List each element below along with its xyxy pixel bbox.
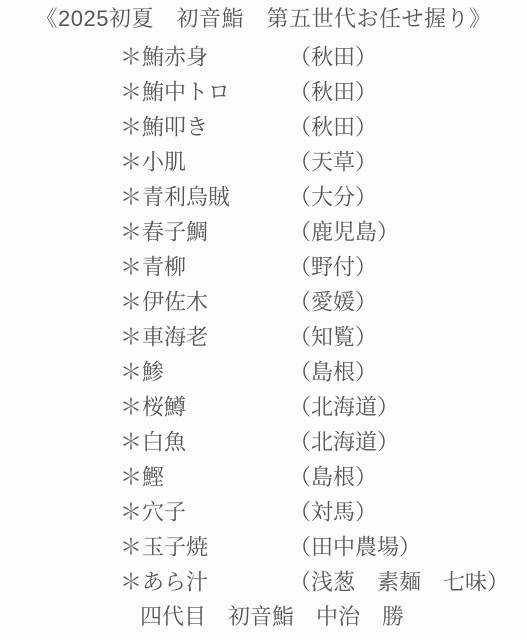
item-name: ＊青利烏賊 — [120, 180, 230, 211]
item-name: ＊鯵 — [120, 355, 164, 386]
item-origin: （大分） — [289, 180, 377, 211]
menu-row: ＊玉子焼（田中農場） — [0, 528, 527, 563]
item-name: ＊穴子 — [120, 495, 186, 526]
menu-row: ＊車海老（知覧） — [0, 318, 527, 353]
signature-line: 四代目 初音鮨 中治 勝 — [0, 598, 527, 633]
menu-row: ＊小肌（天草） — [0, 143, 527, 178]
item-name: ＊伊佐木 — [120, 285, 208, 316]
item-name: ＊白魚 — [120, 425, 186, 456]
item-origin: （浅葱 素麺 七味） — [289, 565, 509, 596]
item-origin: （秋田） — [289, 110, 377, 141]
item-name: ＊鰹 — [120, 460, 164, 491]
item-origin: （愛媛） — [289, 285, 377, 316]
menu-row: ＊鮪叩き（秋田） — [0, 108, 527, 143]
menu-row: ＊鮪中トロ（秋田） — [0, 73, 527, 108]
menu-list: ＊鮪赤身（秋田）＊鮪中トロ（秋田）＊鮪叩き（秋田）＊小肌（天草）＊青利烏賊（大分… — [0, 38, 527, 598]
item-origin: （北海道） — [289, 390, 399, 421]
item-origin: （北海道） — [289, 425, 399, 456]
item-origin: （知覧） — [289, 320, 377, 351]
item-origin: （田中農場） — [289, 530, 421, 561]
menu-row: ＊伊佐木（愛媛） — [0, 283, 527, 318]
item-name: ＊小肌 — [120, 145, 186, 176]
item-name: ＊車海老 — [120, 320, 208, 351]
page-title: 《2025初夏 初音鮨 第五世代お任せ握り》 — [0, 0, 527, 38]
menu-row: ＊青柳（野付） — [0, 248, 527, 283]
menu-row: ＊あら汁（浅葱 素麺 七味） — [0, 563, 527, 598]
item-name: ＊春子鯛 — [120, 215, 208, 246]
item-origin: （島根） — [289, 355, 377, 386]
item-name: ＊鮪叩き — [120, 110, 208, 141]
menu-page: 《2025初夏 初音鮨 第五世代お任せ握り》 ＊鮪赤身（秋田）＊鮪中トロ（秋田）… — [0, 0, 527, 640]
item-origin: （鹿児島） — [289, 215, 399, 246]
item-name: ＊鮪赤身 — [120, 40, 208, 71]
menu-row: ＊鰹（島根） — [0, 458, 527, 493]
menu-row: ＊白魚（北海道） — [0, 423, 527, 458]
item-origin: （秋田） — [289, 75, 377, 106]
menu-row: ＊青利烏賊（大分） — [0, 178, 527, 213]
menu-row: ＊鯵（島根） — [0, 353, 527, 388]
item-name: ＊鮪中トロ — [120, 75, 230, 106]
item-origin: （秋田） — [289, 40, 377, 71]
item-origin: （天草） — [289, 145, 377, 176]
menu-row: ＊穴子（対馬） — [0, 493, 527, 528]
item-name: ＊玉子焼 — [120, 530, 208, 561]
item-origin: （島根） — [289, 460, 377, 491]
item-name: ＊青柳 — [120, 250, 186, 281]
item-origin: （野付） — [289, 250, 377, 281]
item-name: ＊あら汁 — [120, 565, 208, 596]
menu-row: ＊春子鯛（鹿児島） — [0, 213, 527, 248]
menu-row: ＊桜鱒（北海道） — [0, 388, 527, 423]
item-name: ＊桜鱒 — [120, 390, 186, 421]
item-origin: （対馬） — [289, 495, 377, 526]
menu-row: ＊鮪赤身（秋田） — [0, 38, 527, 73]
